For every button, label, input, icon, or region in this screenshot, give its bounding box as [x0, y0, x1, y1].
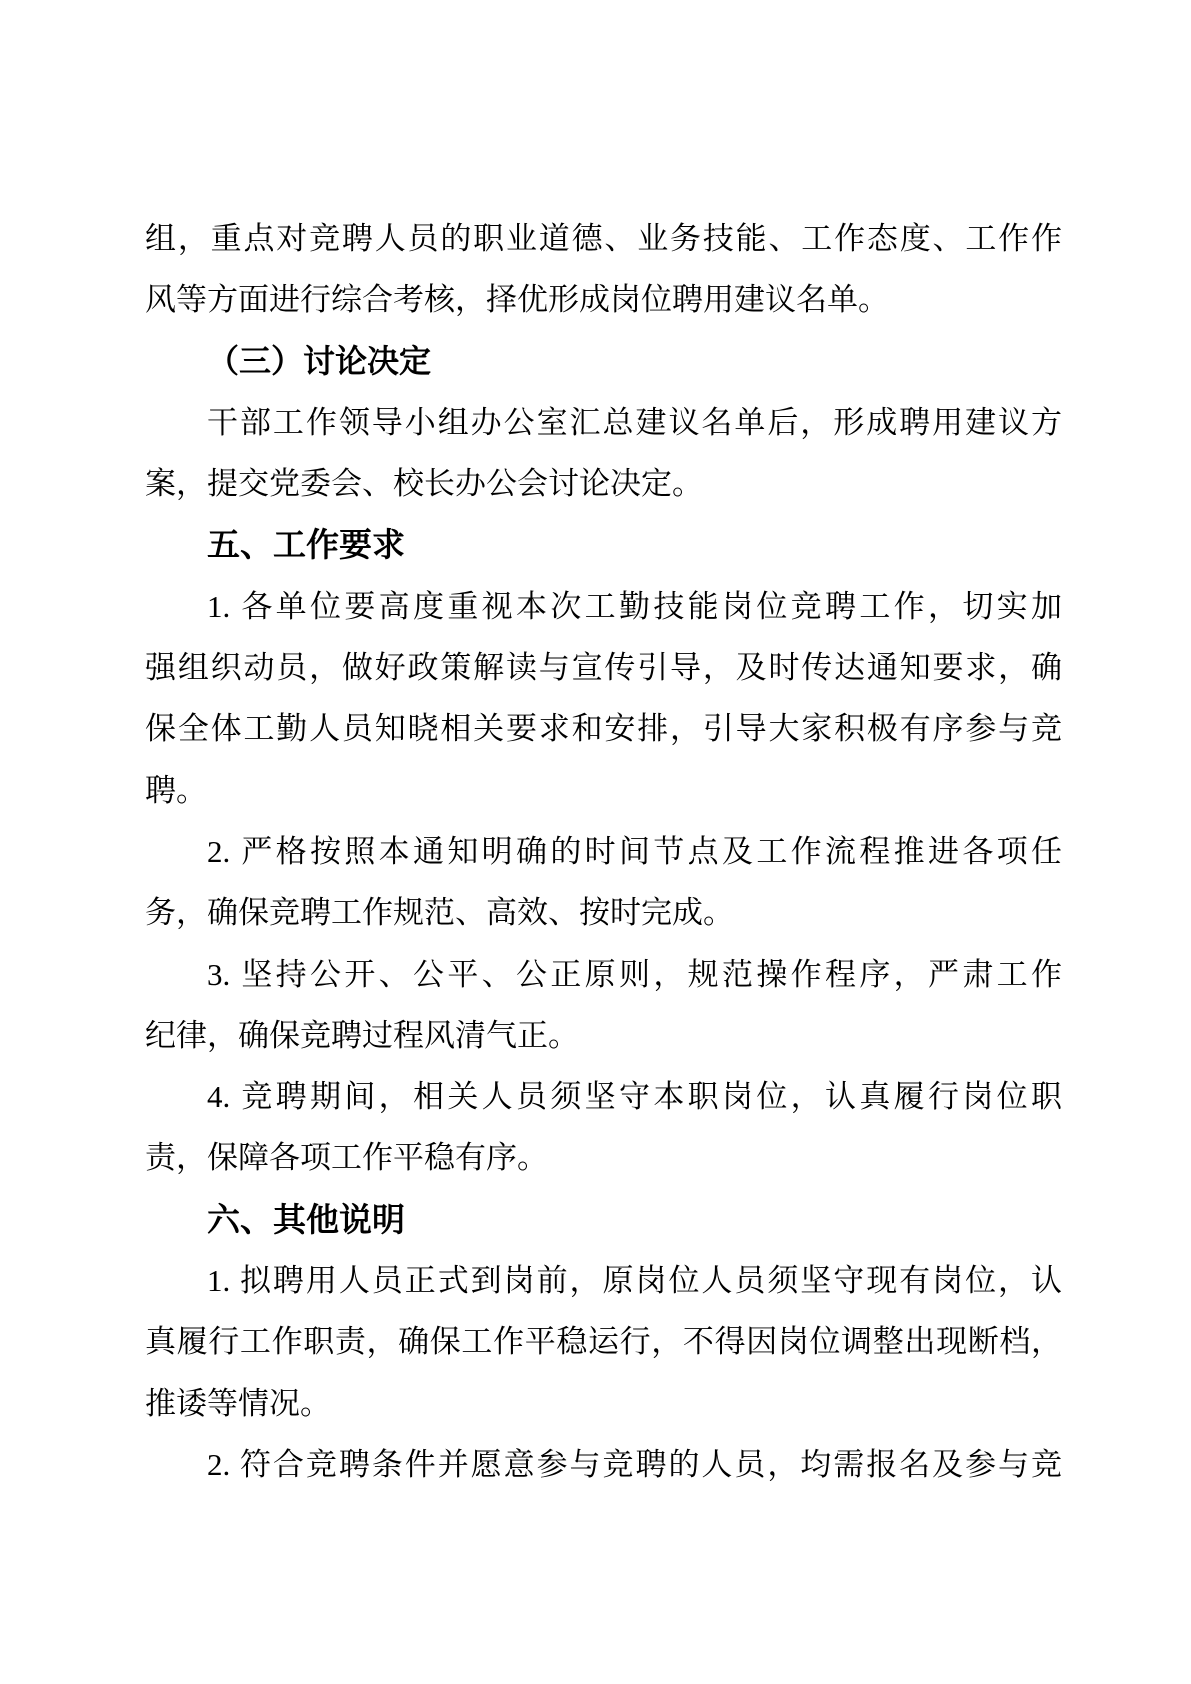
document-body: 组，重点对竞聘人员的职业道德、业务技能、工作态度、工作作风等方面进行综合考核，择… [145, 208, 1062, 1495]
text-line: 1. 各单位要高度重视本次工勤技能岗位竞聘工作，切实加 [145, 576, 1062, 637]
text-line: 2. 严格按照本通知明确的时间节点及工作流程推进各项任 [145, 821, 1062, 882]
sub-heading: （三）讨论决定 [145, 331, 1062, 392]
text-line: 3. 坚持公开、公平、公正原则，规范操作程序，严肃工作 [145, 944, 1062, 1005]
section-heading: 五、工作要求 [145, 514, 1062, 575]
text-line: 纪律，确保竞聘过程风清气正。 [145, 1005, 1062, 1066]
text-line: 4. 竞聘期间，相关人员须坚守本职岗位，认真履行岗位职 [145, 1066, 1062, 1127]
text-line: 真履行工作职责，确保工作平稳运行，不得因岗位调整出现断档， [145, 1311, 1062, 1372]
text-line: 2. 符合竞聘条件并愿意参与竞聘的人员，均需报名及参与竞 [145, 1434, 1062, 1495]
text-line: 务，确保竞聘工作规范、高效、按时完成。 [145, 882, 1062, 943]
text-line: 聘。 [145, 760, 1062, 821]
text-line: 推诿等情况。 [145, 1373, 1062, 1434]
text-line: 责，保障各项工作平稳有序。 [145, 1127, 1062, 1188]
text-line: 1. 拟聘用人员正式到岗前，原岗位人员须坚守现有岗位，认 [145, 1250, 1062, 1311]
text-line: 强组织动员，做好政策解读与宣传引导，及时传达通知要求，确 [145, 637, 1062, 698]
document-page: 组，重点对竞聘人员的职业道德、业务技能、工作态度、工作作风等方面进行综合考核，择… [0, 0, 1191, 1684]
section-heading: 六、其他说明 [145, 1189, 1062, 1250]
text-line: 案，提交党委会、校长办公会讨论决定。 [145, 453, 1062, 514]
text-line: 干部工作领导小组办公室汇总建议名单后，形成聘用建议方 [145, 392, 1062, 453]
text-line: 组，重点对竞聘人员的职业道德、业务技能、工作态度、工作作 [145, 208, 1062, 269]
text-line: 风等方面进行综合考核，择优形成岗位聘用建议名单。 [145, 269, 1062, 330]
text-line: 保全体工勤人员知晓相关要求和安排，引导大家积极有序参与竞 [145, 698, 1062, 759]
